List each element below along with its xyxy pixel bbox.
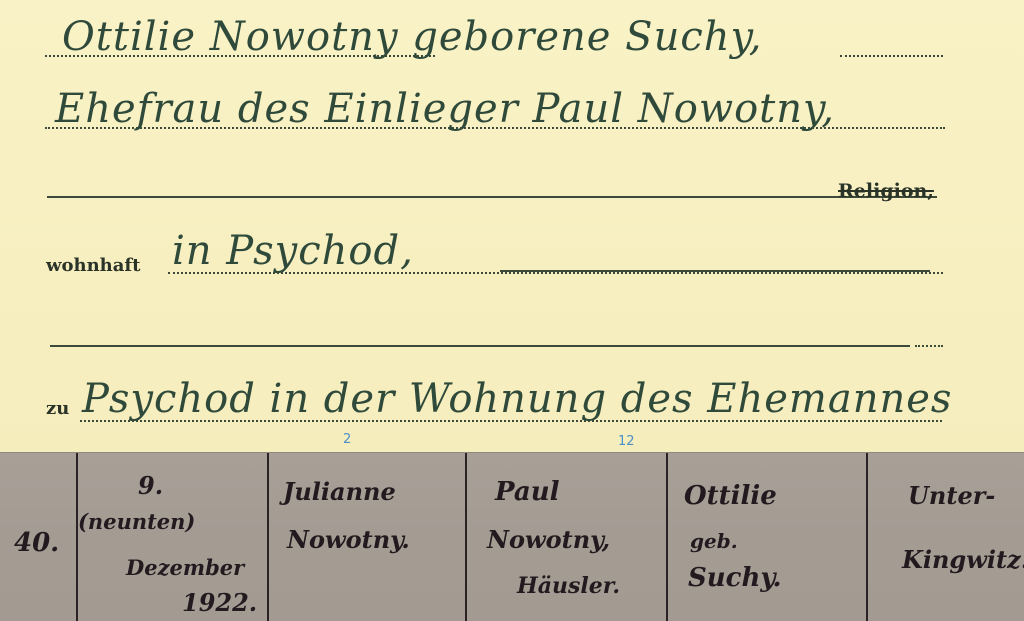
entry-number: 40. xyxy=(14,528,59,558)
handwritten-place-of-birth: Psychod in der Wohnung des Ehemannes xyxy=(82,376,952,422)
handwritten-line-1: Ottilie Nowotny geborene Suchy, xyxy=(62,14,763,60)
date-month: Dezember xyxy=(126,555,244,580)
entry-number-cell: 40. xyxy=(0,453,76,621)
father-occupation: Häusler. xyxy=(517,573,620,599)
religion-label: Religion, xyxy=(838,180,934,202)
birth-register-form: Ottilie Nowotny geborene Suchy, Ehefrau … xyxy=(0,0,1024,452)
wohnhaft-label: wohnhaft xyxy=(46,255,140,276)
zu-label: zu xyxy=(46,398,69,419)
child-last-name: Nowotny. xyxy=(287,525,410,554)
date-day-spelled: (neunten) xyxy=(78,509,195,534)
child-first-name: Julianne xyxy=(283,477,396,506)
child-name-cell: Julianne Nowotny. xyxy=(269,453,465,621)
date-day: 9. xyxy=(138,471,163,500)
date-year: 1922. xyxy=(182,588,257,617)
mother-cell: Ottilie geb. Suchy. xyxy=(668,453,866,621)
father-first-name: Paul xyxy=(495,477,559,507)
place-cell: Unter- Kingwitz. xyxy=(868,453,1024,621)
form-line-5 xyxy=(50,345,910,347)
form-line-1-tail xyxy=(840,55,943,57)
residence-fill-line xyxy=(500,270,930,272)
birth-date-cell: 9. (neunten) Dezember 1922. xyxy=(78,453,267,621)
margin-note-2: 2 xyxy=(343,432,351,447)
mother-nee: geb. xyxy=(690,529,738,553)
religion-strike-line xyxy=(47,196,937,198)
handwritten-residence: in Psychod, xyxy=(172,228,414,274)
mother-maiden-name: Suchy. xyxy=(688,563,782,593)
place-line-1: Unter- xyxy=(908,481,995,510)
form-line-5-tail xyxy=(915,345,943,347)
father-last-name: Nowotny, xyxy=(487,525,610,554)
margin-note-12: 12 xyxy=(618,434,635,449)
handwritten-line-2: Ehefrau des Einlieger Paul Nowotny, xyxy=(55,86,835,132)
father-cell: Paul Nowotny, Häusler. xyxy=(467,453,666,621)
mother-first-name: Ottilie xyxy=(684,481,777,511)
register-ledger-row: 40. 9. (neunten) Dezember 1922. Julianne… xyxy=(0,452,1024,621)
place-line-2: Kingwitz. xyxy=(902,545,1024,574)
